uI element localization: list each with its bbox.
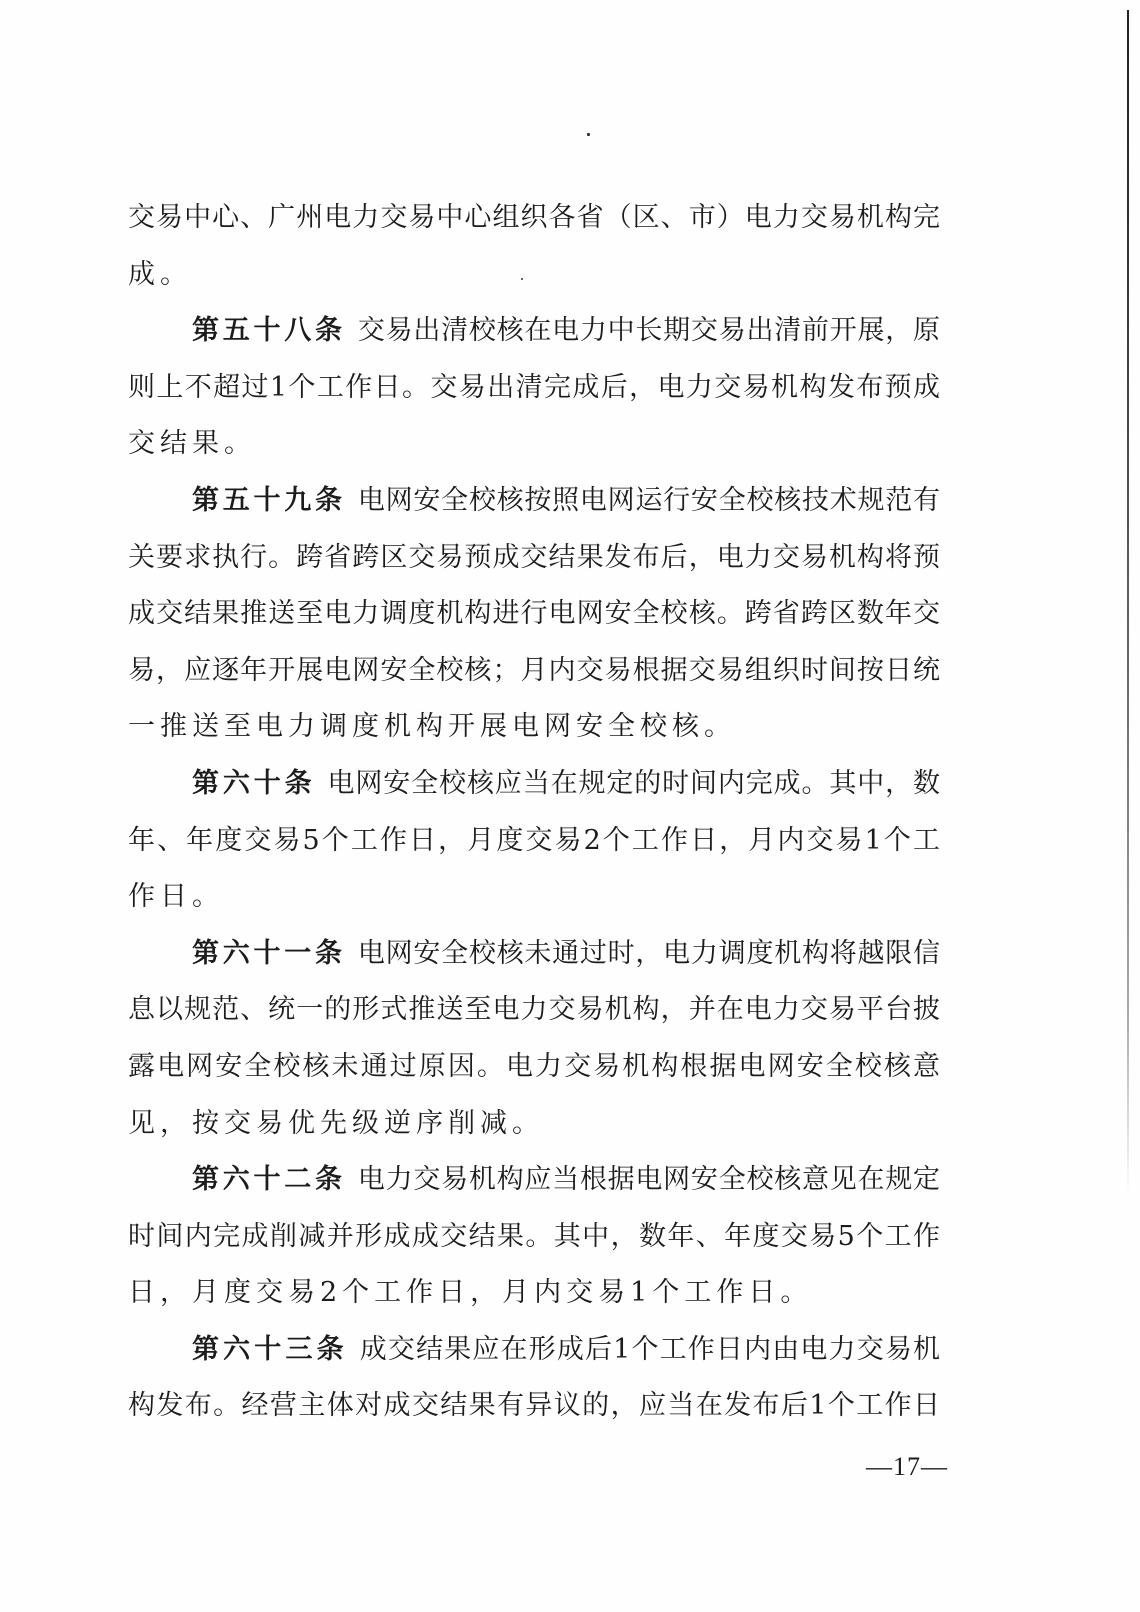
article-63-line: 第六十三条成交结果应在形成后1个工作日内由电力交易机	[128, 1322, 940, 1379]
text-line: 一推送至电力调度机构开展电网安全校核。	[128, 699, 940, 756]
text-line: 交结果。	[128, 416, 940, 473]
text-line: 易，应逐年开展电网安全校核；月内交易根据交易组织时间按日统	[128, 643, 940, 700]
article-59-line: 第五十九条电网安全校核按照电网运行安全校核技术规范有	[128, 473, 940, 530]
body-text: 交易中心、广州电力交易中心组织各省（区、市）电力交易机构完 成。 第五十八条交易…	[128, 190, 940, 1435]
text-line: 成交结果推送至电力调度机构进行电网安全校核。跨省跨区数年交	[128, 586, 940, 643]
scan-binding-edge	[1127, 10, 1129, 1195]
article-62-line: 第六十二条电力交易机构应当根据电网安全校核意见在规定	[128, 1152, 940, 1209]
article-number: 第六十三条	[192, 1334, 348, 1365]
text-line: 成。	[128, 247, 940, 304]
text-line: 交易中心、广州电力交易中心组织各省（区、市）电力交易机构完	[128, 190, 940, 247]
article-61-line: 第六十一条电网安全校核未通过时，电力调度机构将越限信	[128, 926, 940, 983]
article-number: 第六十一条	[192, 938, 346, 969]
text-line: 构发布。经营主体对成交结果有异议的，应当在发布后1个工作日	[128, 1378, 940, 1435]
text-line: 日，月度交易2个工作日，月内交易1个工作日。	[128, 1265, 940, 1322]
article-58-line: 第五十八条交易出清校核在电力中长期交易出清前开展，原	[128, 303, 940, 360]
text-line: 露电网安全校核未通过原因。电力交易机构根据电网安全校核意	[128, 1039, 940, 1096]
document-page: 交易中心、广州电力交易中心组织各省（区、市）电力交易机构完 成。 第五十八条交易…	[0, 0, 1140, 1612]
text-line: 关要求执行。跨省跨区交易预成交结果发布后，电力交易机构将预	[128, 530, 940, 587]
article-number: 第五十九条	[192, 485, 346, 516]
text-line: 息以规范、统一的形式推送至电力交易机构，并在电力交易平台披	[128, 982, 940, 1039]
text-line: 年、年度交易5个工作日，月度交易2个工作日，月内交易1个工	[128, 813, 940, 870]
article-60-line: 第六十条电网安全校核应当在规定的时间内完成。其中，数	[128, 756, 940, 813]
article-number: 第六十二条	[192, 1164, 346, 1195]
scan-speck	[587, 133, 590, 136]
article-number: 第六十条	[192, 768, 316, 799]
text-line: 则上不超过1个工作日。交易出清完成后，电力交易机构发布预成	[128, 360, 940, 417]
text-line: 时间内完成削减并形成成交结果。其中，数年、年度交易5个工作	[128, 1209, 940, 1266]
text-line: 作日。	[128, 869, 940, 926]
page-number: —17—	[866, 1452, 948, 1482]
text-line: 见，按交易优先级逆序削减。	[128, 1096, 940, 1153]
article-number: 第五十八条	[192, 315, 346, 346]
